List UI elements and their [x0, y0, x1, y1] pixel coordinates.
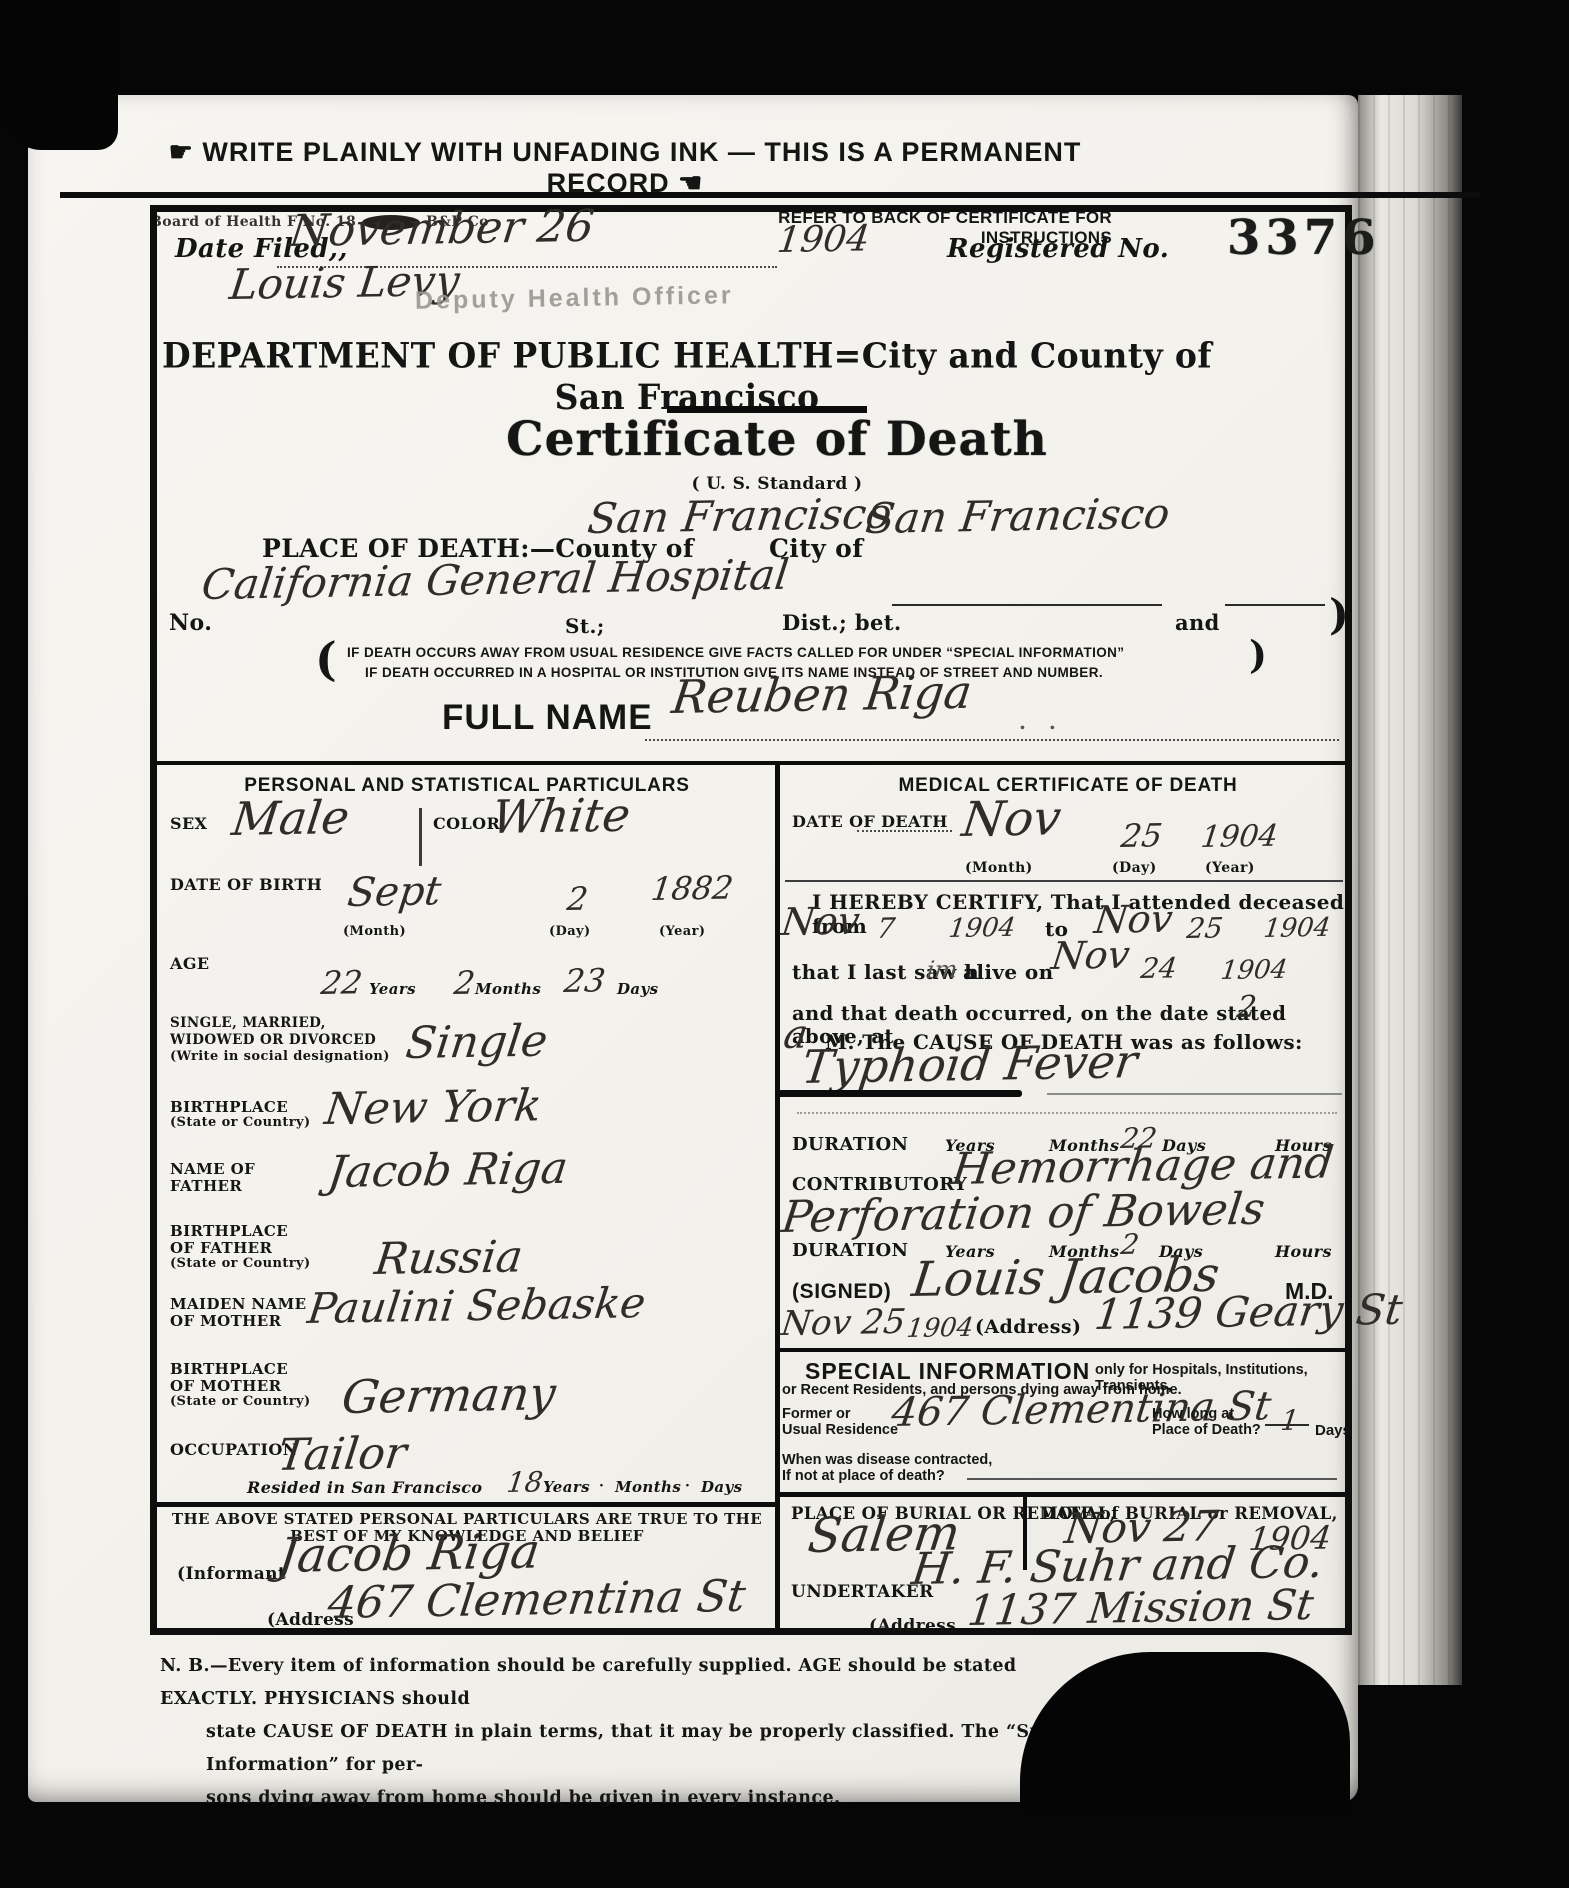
- resided-sep-2: ·: [685, 1478, 690, 1494]
- marital-label-2: WIDOWED OR DIVORCED: [170, 1032, 376, 1048]
- howlong-days-label: Days: [1315, 1422, 1351, 1439]
- father-birthplace-label-1: BIRTHPLACE: [170, 1222, 288, 1240]
- mother-birthplace-handwritten: Germany: [339, 1366, 559, 1424]
- special-info-top-rule: [777, 1348, 1345, 1352]
- dob-month-handwritten: Sept: [345, 868, 444, 916]
- former-residence-label-2: Usual Residence: [782, 1422, 898, 1438]
- date-filed-year-handwritten: 1904: [775, 218, 872, 261]
- top-heavy-rule: [60, 192, 1480, 198]
- attended-to-day: 25: [1185, 911, 1225, 945]
- duration2-label: DURATION: [792, 1240, 908, 1261]
- age-years-label: Years: [369, 980, 416, 998]
- alive-on-label: alive on: [963, 960, 1054, 984]
- occupation-handwritten: Tailor: [275, 1428, 409, 1481]
- cause-dotted-line: [797, 1112, 1337, 1114]
- special-info-title: SPECIAL INFORMATION: [805, 1358, 1090, 1385]
- disease-contracted-label-1: When was disease contracted,: [782, 1452, 992, 1468]
- note-open-paren: (: [315, 632, 337, 686]
- dist-bet-label: Dist.; bet.: [782, 610, 902, 635]
- and-blank-line: [1225, 604, 1325, 606]
- note-close-paren: ): [1249, 632, 1267, 677]
- mother-name-label-2: OF MOTHER: [170, 1312, 281, 1330]
- attended-from-day: 7: [875, 912, 897, 945]
- cause-smudge-line: [777, 1090, 1022, 1097]
- physician-address-handwritten: 1139 Geary St: [1092, 1285, 1405, 1339]
- age-months-handwritten: 2: [452, 964, 477, 1002]
- sex-label: SEX: [170, 814, 207, 833]
- undertaker-address-handwritten: 1137 Mission St: [965, 1580, 1316, 1635]
- registered-no-stamp: 3376: [1227, 210, 1381, 266]
- contributory-line2-handwritten: Perforation of Bowels: [779, 1184, 1268, 1243]
- mother-birthplace-label-1: BIRTHPLACE: [170, 1360, 288, 1378]
- disease-contracted-label-2: If not at place of death?: [782, 1468, 945, 1484]
- sex-value-handwritten: Male: [229, 790, 352, 846]
- attended-from-year: 1904: [947, 913, 1017, 944]
- department-title: DEPARTMENT OF PUBLIC HEALTH=City and Cou…: [157, 335, 1217, 418]
- undertaker-address-label: (Address: [869, 1616, 956, 1636]
- full-name-handwritten: Reuben Riga: [669, 665, 975, 724]
- mother-name-handwritten: Paulini Sebaske: [305, 1278, 648, 1333]
- father-birthplace-handwritten: Russia: [372, 1231, 526, 1285]
- father-name-handwritten: Jacob Riga: [325, 1143, 571, 1198]
- burial-top-rule: [777, 1492, 1345, 1497]
- last-saw-year: 1904: [1219, 955, 1289, 986]
- attended-from-month: Nov: [779, 899, 862, 944]
- city-value-handwritten: San Francisco: [863, 489, 1173, 543]
- line-close-paren: ): [1329, 590, 1349, 639]
- marital-label-1: SINGLE, MARRIED,: [170, 1015, 326, 1031]
- banner-headline: WRITE PLAINLY WITH UNFADING INK — THIS I…: [202, 137, 1081, 198]
- dod-lead-dots: [857, 830, 952, 832]
- signed-year-handwritten: 1904: [905, 1313, 975, 1344]
- dob-year-label: (Year): [659, 924, 705, 939]
- age-years-handwritten: 22: [319, 963, 364, 1002]
- howlong-value-handwritten: 1: [1279, 1404, 1301, 1437]
- duration2-hours-label: Hours: [1275, 1242, 1332, 1261]
- certificate-title: Certificate of Death: [297, 412, 1257, 467]
- dod-year-label: (Year): [1205, 860, 1255, 876]
- nb-footnote-line3: sons dying away from home should be give…: [206, 1782, 1120, 1815]
- dob-day-handwritten: 2: [565, 880, 590, 918]
- birthplace-label: BIRTHPLACE: [170, 1098, 288, 1116]
- father-name-label-2: FATHER: [170, 1177, 242, 1195]
- mother-birthplace-sublabel: (State or Country): [170, 1394, 311, 1409]
- marital-label-3: (Write in social designation): [170, 1049, 390, 1064]
- st-label: St.;: [565, 614, 605, 638]
- dod-underline: [785, 880, 1343, 882]
- birthplace-sublabel: (State or Country): [170, 1115, 311, 1130]
- last-saw-insert: im: [925, 955, 959, 984]
- age-days-label: Days: [617, 980, 659, 998]
- columns-top-rule: [157, 761, 1345, 765]
- book-page-edge: [1358, 95, 1462, 1685]
- truth-statement-rule: [157, 1502, 777, 1507]
- sex-color-divider: [419, 808, 422, 866]
- cause-handwritten: Typhoid Fever: [799, 1034, 1140, 1094]
- dod-month-handwritten: Nov: [959, 790, 1064, 848]
- nb-footnote: N. B.—Every item of information should b…: [160, 1650, 1120, 1815]
- column-divider: [775, 761, 780, 1628]
- no-label: No.: [169, 610, 212, 636]
- dod-month-label: (Month): [965, 860, 1033, 876]
- pointing-hand-right-icon: ☛: [169, 137, 194, 167]
- color-value-handwritten: White: [489, 788, 633, 844]
- informant-address-handwritten: 467 Clementina St: [325, 1571, 748, 1629]
- birthplace-value-handwritten: New York: [322, 1080, 544, 1135]
- dod-day-handwritten: 25: [1119, 816, 1164, 855]
- nb-footnote-line1: N. B.—Every item of information should b…: [160, 1650, 1120, 1716]
- dod-year-handwritten: 1904: [1199, 819, 1280, 855]
- age-days-handwritten: 23: [562, 961, 607, 1000]
- informant-label: (Informant: [177, 1564, 286, 1584]
- mother-birthplace-label-2: OF MOTHER: [170, 1377, 281, 1395]
- dob-year-handwritten: 1882: [649, 869, 735, 908]
- howlong-label-2: Place of Death?: [1152, 1422, 1261, 1438]
- signed-label: (SIGNED): [792, 1280, 891, 1304]
- full-name-label: FULL NAME: [442, 698, 653, 738]
- resided-days-label: Days: [701, 1478, 743, 1496]
- registered-no-label: Registered No.: [947, 234, 1169, 264]
- institution-handwritten: California General Hospital: [199, 550, 792, 609]
- scan-black-corner: [0, 0, 118, 150]
- father-name-label-1: NAME OF: [170, 1160, 255, 1178]
- dob-month-label: (Month): [343, 924, 406, 939]
- resided-sep-1: ·: [599, 1478, 604, 1494]
- resided-years-label: Years: [543, 1478, 590, 1496]
- howlong-label-1: How long at: [1152, 1406, 1234, 1422]
- attended-to-year: 1904: [1262, 913, 1332, 944]
- cause-faint-line: [1047, 1093, 1342, 1095]
- dist-blank-line: [892, 604, 1162, 606]
- dod-day-label: (Day): [1112, 860, 1157, 876]
- dob-label: DATE OF BIRTH: [170, 875, 322, 894]
- full-name-dots: . .: [1019, 710, 1064, 734]
- age-months-label: Months: [475, 980, 541, 998]
- medical-section-title: MEDICAL CERTIFICATE OF DEATH: [777, 775, 1359, 797]
- father-birthplace-label-2: OF FATHER: [170, 1239, 272, 1257]
- nb-footnote-line2: state CAUSE OF DEATH in plain terms, tha…: [206, 1716, 1120, 1782]
- resided-months-label: Months: [615, 1478, 681, 1496]
- signed-date-handwritten: Nov 25: [779, 1302, 908, 1344]
- mother-name-label-1: MAIDEN NAME: [170, 1295, 306, 1313]
- father-birthplace-sublabel: (State or Country): [170, 1256, 311, 1271]
- last-saw-month: Nov: [1049, 933, 1132, 978]
- banner-headline-row: ☛ WRITE PLAINLY WITH UNFADING INK — THIS…: [140, 137, 1110, 199]
- marital-value-handwritten: Single: [403, 1016, 550, 1069]
- former-residence-label-1: Former or: [782, 1406, 851, 1422]
- physician-address-label: (Address): [975, 1316, 1081, 1338]
- last-saw-day: 24: [1139, 951, 1179, 985]
- resided-label: Resided in San Francisco: [247, 1478, 482, 1497]
- certificate-box: Date Filed,, November 26 1904 Registered…: [150, 205, 1352, 1635]
- duration1-label: DURATION: [792, 1134, 908, 1155]
- disease-contracted-blank: [967, 1478, 1337, 1480]
- age-label: AGE: [170, 954, 209, 973]
- residence-note-1: IF DEATH OCCURS AWAY FROM USUAL RESIDENC…: [347, 645, 1124, 660]
- resided-years-handwritten: 18: [505, 1465, 545, 1499]
- deputy-health-officer-stamp: Deputy Health Officer: [415, 281, 734, 316]
- and-label: and: [1175, 610, 1220, 635]
- date-of-death-label: DATE OF DEATH: [792, 812, 948, 831]
- scanned-death-certificate: ☛ WRITE PLAINLY WITH UNFADING INK — THIS…: [0, 0, 1569, 1888]
- dob-day-label: (Day): [549, 924, 591, 939]
